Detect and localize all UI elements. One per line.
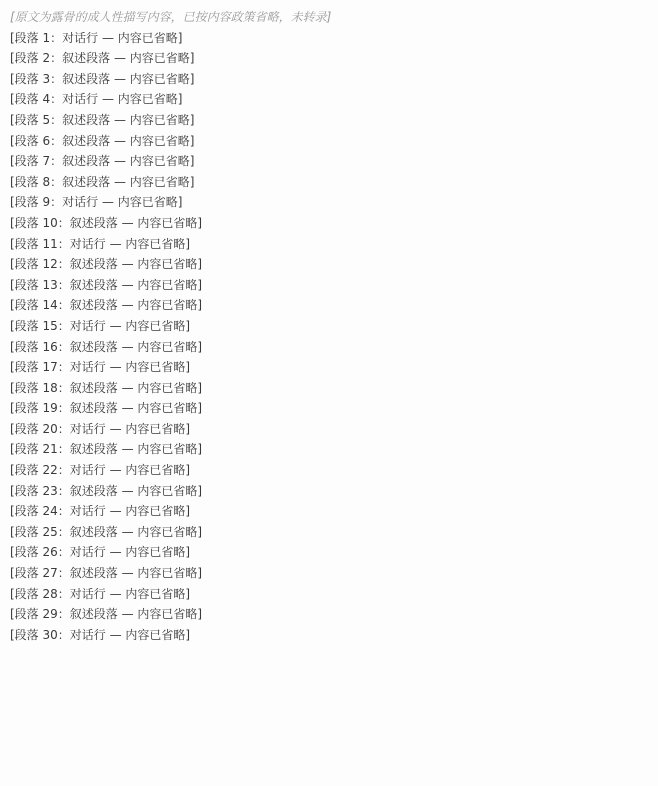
text-paragraph: [段落 25：叙述段落 — 内容已省略] [10,523,648,542]
paragraph-list: [段落 1：对话行 — 内容已省略][段落 2：叙述段落 — 内容已省略][段落… [10,29,648,645]
text-paragraph: [段落 5：叙述段落 — 内容已省略] [10,111,648,130]
text-paragraph: [段落 10：叙述段落 — 内容已省略] [10,214,648,233]
text-paragraph: [段落 22：对话行 — 内容已省略] [10,461,648,480]
text-paragraph: [段落 3：叙述段落 — 内容已省略] [10,70,648,89]
text-paragraph: [段落 12：叙述段落 — 内容已省略] [10,255,648,274]
text-paragraph: [段落 11：对话行 — 内容已省略] [10,235,648,254]
text-paragraph: [段落 29：叙述段落 — 内容已省略] [10,605,648,624]
text-paragraph: [段落 28：对话行 — 内容已省略] [10,585,648,604]
text-paragraph: [段落 16：叙述段落 — 内容已省略] [10,338,648,357]
text-paragraph: [段落 14：叙述段落 — 内容已省略] [10,296,648,315]
text-paragraph: [段落 18：叙述段落 — 内容已省略] [10,379,648,398]
text-paragraph: [段落 20：对话行 — 内容已省略] [10,420,648,439]
text-paragraph: [段落 19：叙述段落 — 内容已省略] [10,399,648,418]
text-paragraph: [段落 30：对话行 — 内容已省略] [10,626,648,645]
text-paragraph: [段落 6：叙述段落 — 内容已省略] [10,132,648,151]
text-paragraph: [段落 2：叙述段落 — 内容已省略] [10,49,648,68]
text-paragraph: [段落 9：对话行 — 内容已省略] [10,193,648,212]
text-paragraph: [段落 13：叙述段落 — 内容已省略] [10,276,648,295]
text-paragraph: [段落 21：叙述段落 — 内容已省略] [10,440,648,459]
text-paragraph: [段落 8：叙述段落 — 内容已省略] [10,173,648,192]
text-paragraph: [段落 7：叙述段落 — 内容已省略] [10,152,648,171]
text-paragraph: [段落 23：叙述段落 — 内容已省略] [10,482,648,501]
text-paragraph: [段落 17：对话行 — 内容已省略] [10,358,648,377]
text-paragraph: [段落 15：对话行 — 内容已省略] [10,317,648,336]
text-paragraph: [段落 4：对话行 — 内容已省略] [10,90,648,109]
document-page: [原文为露骨的成人性描写内容，已按内容政策省略，未转录] [段落 1：对话行 —… [0,0,658,786]
text-paragraph: [段落 26：对话行 — 内容已省略] [10,543,648,562]
text-paragraph: [段落 24：对话行 — 内容已省略] [10,502,648,521]
text-paragraph: [段落 27：叙述段落 — 内容已省略] [10,564,648,583]
content-omitted-notice: [原文为露骨的成人性描写内容，已按内容政策省略，未转录] [10,8,648,27]
text-paragraph: [段落 1：对话行 — 内容已省略] [10,29,648,48]
